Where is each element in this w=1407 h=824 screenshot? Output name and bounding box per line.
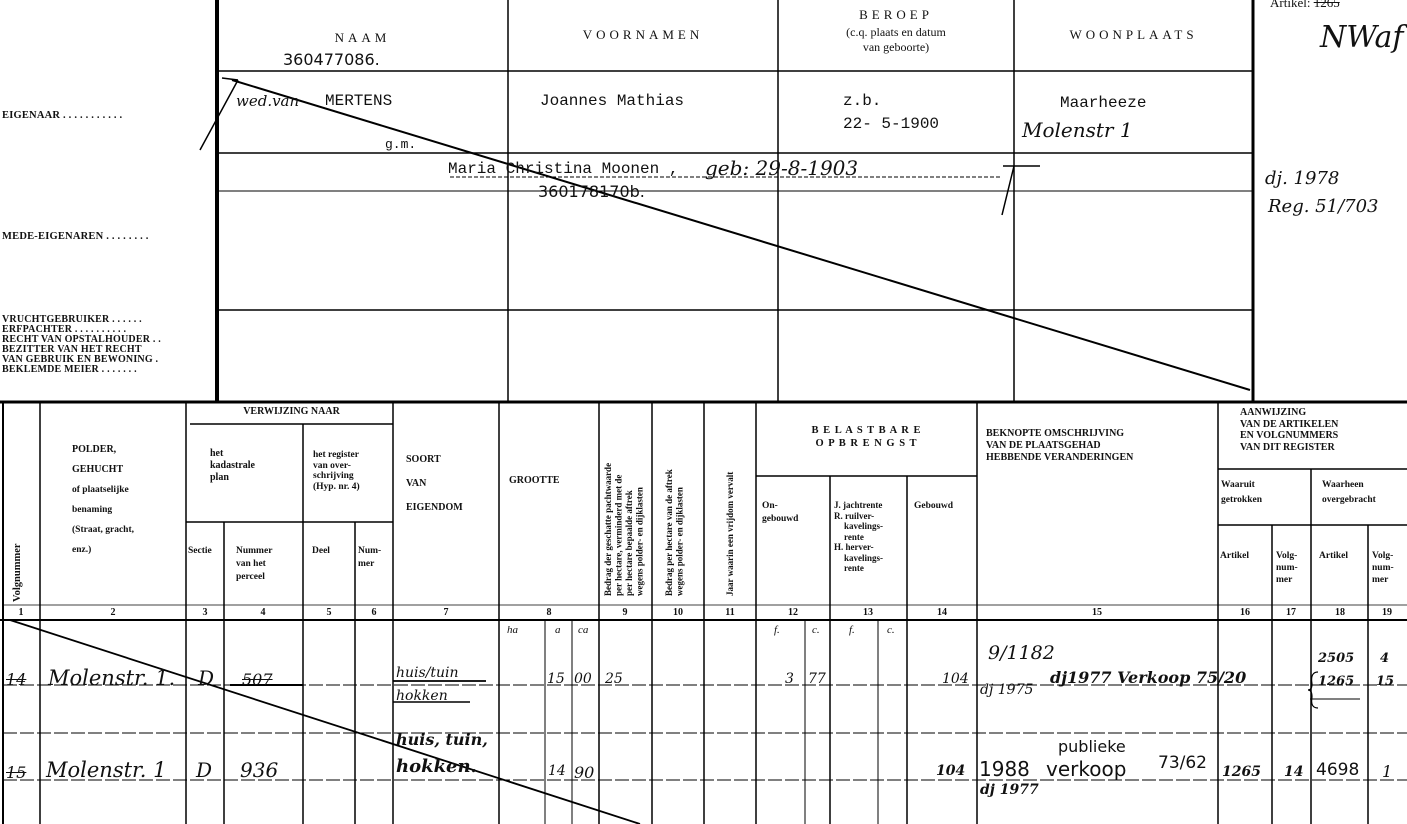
header-voornamen: VOORNAMEN (508, 27, 778, 43)
row-sectie: D (196, 758, 212, 782)
owner-naam: MERTENS (325, 92, 392, 110)
column-number: 16 (1230, 607, 1260, 618)
header-aanwijzing-l1: AANWIJZING (1240, 407, 1338, 419)
header-polder-l4: benaming (72, 500, 134, 520)
header-beroep-sub: (c.q. plaats en datum (778, 25, 1014, 40)
row-waarheen-artikel-2: 1265 (1318, 674, 1354, 689)
header-verwijzing: VERWIJZING NAAR (190, 405, 393, 418)
unit-f1: f. (774, 624, 780, 636)
header-rente: J. jachtrente R. ruilver- kavelings- ren… (834, 500, 883, 574)
header-waarheen-l2: overgebracht (1322, 493, 1376, 508)
header-nummer-l1: Num- (358, 545, 381, 558)
margin-artikel-label: Artikel: (1270, 0, 1310, 10)
header-waarheen-l1: Waarheen (1322, 478, 1376, 493)
header-beroep: BEROEP (778, 7, 1014, 23)
label-eigenaar: EIGENAAR . . . . . . . . . . . (2, 110, 122, 121)
header-register: het register van over- schrijving (Hyp. … (313, 450, 360, 492)
unit-f2: f. (849, 624, 855, 636)
owner-adres: Molenstr 1 (1022, 118, 1133, 142)
header-col9-l1: Bedrag der geschatte pachtwaarde (603, 463, 613, 596)
row-omschrijving-dj: dj 1975 (980, 682, 1033, 698)
header-beknopte: BEKNOPTE OMSCHRIJVING VAN DE PLAATSGEHAD… (986, 428, 1133, 464)
header-soort-l1: SOORT (406, 448, 463, 472)
header-polder-l6: enz.) (72, 540, 134, 560)
header-belastbare-l2: O P B R E N G S T (756, 437, 977, 450)
header-register-l2: van over- (313, 461, 360, 472)
header-aanwijzing-l2: VAN DE ARTIKELEN (1240, 419, 1338, 431)
unit-ca: ca (578, 624, 588, 636)
header-grootte: GROOTTE (509, 474, 560, 487)
header-volg-17-l2: num- (1276, 562, 1298, 574)
header-waaruit-l1: Waaruit (1221, 478, 1262, 493)
column-number: 14 (927, 607, 957, 618)
column-number: 10 (663, 607, 693, 618)
header-waaruit-l2: getrokken (1221, 493, 1262, 508)
header-nummer-perceel: Nummer van het perceel (236, 545, 272, 584)
row-waaruit-artikel: 1265 (1222, 764, 1261, 780)
header-aanwijzing-l3: EN VOLGNUMMERS (1240, 430, 1338, 442)
header-nummer-perceel-l1: Nummer (236, 545, 272, 558)
naam-id: 360477086. (283, 50, 380, 69)
row-omschrijving-year: 1988 (979, 757, 1030, 781)
column-number: 11 (715, 607, 745, 618)
header-ongebouwd-l2: gebouwd (762, 513, 798, 526)
column-number: 8 (534, 607, 564, 618)
spouse-id: 360178170b. (538, 182, 645, 201)
header-rente-l5: H. herver- (834, 542, 883, 553)
header-nummer-perceel-l3: perceel (236, 571, 272, 584)
header-deel: Deel (312, 545, 330, 558)
header-register-l3: schrijving (313, 471, 360, 482)
row-volgnummer: 15 (6, 763, 26, 782)
header-kadastrale-l1: het (210, 448, 255, 460)
header-aanwijzing-l4: VAN DIT REGISTER (1240, 442, 1338, 454)
row-perceel: 936 (240, 758, 278, 782)
header-volg-19: Volg- num- mer (1372, 550, 1394, 586)
row-grootte-a: 14 (548, 763, 566, 779)
owner-gm: g.m. (385, 137, 416, 152)
column-number: 3 (190, 607, 220, 618)
row-waarheen-volg-1: 4 (1380, 651, 1389, 666)
row-grootte-ca: 90 (574, 763, 594, 782)
margin-dj: dj. 1978 (1265, 168, 1339, 189)
row-grootte-a: 15 (547, 671, 565, 687)
margin-nwaf: NWaf (1320, 20, 1403, 55)
header-aanwijzing: AANWIJZING VAN DE ARTIKELEN EN VOLGNUMME… (1240, 407, 1338, 453)
column-number: 4 (248, 607, 278, 618)
column-number: 15 (1082, 607, 1112, 618)
header-kadastrale-l2: kadastrale (210, 460, 255, 472)
column-number: 19 (1372, 607, 1402, 618)
row-gebouwd: 104 (942, 671, 969, 687)
unit-c2: c. (887, 624, 895, 636)
header-belastbare-l1: B E L A S T B A R E (756, 424, 977, 437)
header-col10-l2: wegens polder- en dijklasten (675, 487, 685, 596)
header-waaruit: Waaruit getrokken (1221, 478, 1262, 508)
header-col11: Jaar waarin een vrijdom vervalt (725, 420, 736, 596)
row-omschrijving-main: verkoop (1046, 757, 1126, 781)
header-rente-l6: kavelings- (834, 553, 883, 564)
row-waaruit-volg: 14 (1284, 764, 1303, 780)
header-col9-l3: per hectare bepaalde aftrek (624, 490, 634, 596)
header-volg-19-l2: num- (1372, 562, 1394, 574)
header-col10: Bedrag per hectare van de aftrek wegens … (664, 414, 685, 596)
label-vruchtgebruiker-group: VRUCHTGEBRUIKER . . . . . . ERFPACHTER .… (2, 315, 161, 375)
label-beklemde-meier: BEKLEMDE MEIER . . . . . . . (2, 365, 161, 375)
header-artikel-16: Artikel (1220, 550, 1249, 563)
header-soort: SOORT VAN EIGENDOM (406, 448, 463, 520)
owner-woonplaats: Maarheeze (1060, 94, 1146, 112)
column-number: 13 (853, 607, 883, 618)
row-waarheen-volg: 1 (1382, 762, 1392, 781)
header-register-l4: (Hyp. nr. 4) (313, 482, 360, 493)
header-volgnummer: Volgnummer (12, 520, 23, 602)
row-polder: Molenstr. 1. (48, 666, 175, 690)
header-ongebouwd-l1: On- (762, 500, 798, 513)
header-col9-l4: wegens polder- en dijklasten (635, 487, 645, 596)
header-sectie: Sectie (188, 545, 212, 558)
header-volg-17: Volg- num- mer (1276, 550, 1298, 586)
column-number: 9 (610, 607, 640, 618)
header-belastbare: B E L A S T B A R E O P B R E N G S T (756, 424, 977, 450)
margin-reg: Reg. 51/703 (1268, 196, 1379, 217)
header-volg-17-l3: mer (1276, 574, 1298, 586)
header-gebouwd: Gebouwd (914, 500, 953, 513)
header-register-l1: het register (313, 450, 360, 461)
header-polder-l3: of plaatselijke (72, 480, 134, 500)
row-omschrijving-main: dj1977 Verkoop 75/20 (1050, 668, 1246, 687)
column-number: 7 (431, 607, 461, 618)
header-polder-l1: POLDER, (72, 440, 134, 460)
header-beknopte-l1: BEKNOPTE OMSCHRIJVING (986, 428, 1133, 440)
header-col9-l2: per hectare, verminderd met de (614, 475, 624, 596)
row-col9: 25 (605, 671, 623, 687)
header-polder-l5: (Straat, gracht, (72, 520, 134, 540)
column-number: 12 (778, 607, 808, 618)
margin-artikel-struck: 1265 (1314, 0, 1340, 10)
header-rente-l7: rente (834, 563, 883, 574)
row-volgnummer: 14 (6, 670, 26, 689)
header-nummer-l2: mer (358, 558, 381, 571)
row-soort-l2: hokken (396, 688, 448, 704)
unit-c1: c. (812, 624, 820, 636)
row-soort-l2: hokken. (396, 756, 477, 777)
header-kadastrale-l3: plan (210, 472, 255, 484)
margin-artikel: Artikel: 1265 (1270, 0, 1340, 11)
row-omschrijving-top: publieke (1058, 737, 1126, 756)
row-perceel: 507 (242, 670, 273, 689)
header-kadastrale: het kadastrale plan (210, 448, 255, 484)
header-volg-17-l1: Volg- (1276, 550, 1298, 562)
row-omschrijving-top: 9/1182 (988, 642, 1055, 664)
header-col9: Bedrag der geschatte pachtwaarde per hec… (603, 408, 645, 596)
header-polder: POLDER, GEHUCHT of plaatselijke benaming… (72, 440, 134, 560)
row-waarheen-volg-2: 15 (1376, 674, 1394, 689)
header-rente-l3: kavelings- (834, 521, 883, 532)
row-omschrijving-dj: dj 1977 (980, 782, 1039, 798)
column-number: 17 (1276, 607, 1306, 618)
column-number: 5 (314, 607, 344, 618)
label-mede-eigenaren: MEDE-EIGENAREN . . . . . . . . (2, 231, 149, 242)
owner-beroep: z.b. (843, 92, 881, 110)
header-naam: NAAM (217, 30, 508, 46)
row-omschrijving-ref: 73/62 (1158, 753, 1207, 773)
header-nummer-perceel-l2: van het (236, 558, 272, 571)
row-grootte-ca: 00 (574, 671, 592, 687)
row-gebouwd: 104 (936, 763, 965, 779)
header-rente-l2: R. ruilver- (834, 511, 883, 522)
header-volg-19-l1: Volg- (1372, 550, 1394, 562)
row-soort-l1: huis/tuin (396, 665, 459, 681)
row-soort-l1: huis, tuin, (396, 730, 488, 749)
owner-geboortedatum: 22- 5-1900 (843, 115, 939, 133)
header-volg-19-l3: mer (1372, 574, 1394, 586)
row-waarheen-artikel-1: 2505 (1318, 651, 1354, 666)
header-woonplaats: WOONPLAATS (1014, 27, 1253, 43)
spouse-name: Maria Christina Moonen , (448, 160, 678, 178)
row-ongebouwd-f: 3 (785, 671, 794, 687)
column-number: 18 (1325, 607, 1355, 618)
header-waarheen: Waarheen overgebracht (1322, 478, 1376, 508)
owner-prefix: wed.van (236, 92, 299, 110)
header-beknopte-l3: HEBBENDE VERANDERINGEN (986, 452, 1133, 464)
header-beroep-sub2: van geboorte) (778, 40, 1014, 55)
header-rente-l1: J. jachtrente (834, 500, 883, 511)
header-nummer: Num- mer (358, 545, 381, 571)
row-waarheen-artikel: 4698 (1316, 760, 1359, 780)
row-ongebouwd-c: 77 (808, 671, 826, 687)
header-soort-l3: EIGENDOM (406, 496, 463, 520)
row-sectie: D (198, 666, 214, 690)
column-number: 1 (6, 607, 36, 618)
spouse-geboortedatum: geb: 29-8-1903 (705, 156, 858, 180)
header-artikel-18: Artikel (1319, 550, 1348, 563)
header-rente-l4: rente (834, 532, 883, 543)
header-ongebouwd: On- gebouwd (762, 500, 798, 526)
owner-voornamen: Joannes Mathias (540, 92, 684, 110)
column-number: 6 (359, 607, 389, 618)
header-col10-l1: Bedrag per hectare van de aftrek (664, 469, 674, 596)
unit-ha: ha (507, 624, 518, 636)
column-number: 2 (98, 607, 128, 618)
header-polder-l2: GEHUCHT (72, 460, 134, 480)
header-beknopte-l2: VAN DE PLAATSGEHAD (986, 440, 1133, 452)
row-polder: Molenstr. 1 (46, 758, 166, 782)
header-soort-l2: VAN (406, 472, 463, 496)
unit-a: a (555, 624, 561, 636)
